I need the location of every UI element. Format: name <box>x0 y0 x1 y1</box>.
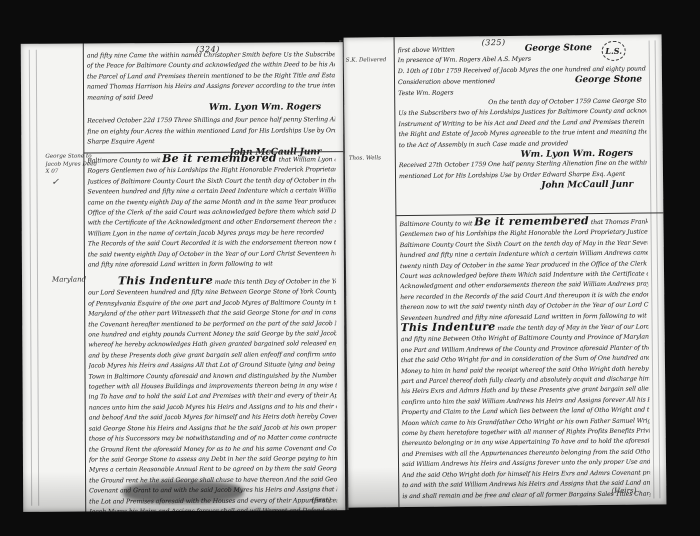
grantor-signature: George Stone <box>525 43 592 54</box>
page-edge-line <box>29 50 32 506</box>
grantor-signature-receipt: George Stone <box>575 75 642 86</box>
margin-note-delivered: S.K. Delivered <box>346 57 387 65</box>
entry-header: Baltimore County to wit <box>87 157 160 164</box>
left-acknowledgment-block: and fifty nine Came the within named Chr… <box>87 50 336 158</box>
margin-note-state: Maryland <box>52 277 86 285</box>
indenture-title: This Indenture <box>401 320 496 334</box>
entry-title: Be it remembered <box>162 153 277 165</box>
right-record-entry: Baltimore County to wit Be it remembered… <box>399 216 648 325</box>
right-page: (325) L.S. S.K. Delivered Thos. Wells fi… <box>344 34 667 507</box>
entry-title: Be it remembered <box>474 216 589 229</box>
page-shadow <box>348 464 666 507</box>
page-edge-line <box>36 50 39 506</box>
margin-note-deed: Thos. Wells <box>349 155 381 163</box>
left-page: (324) George Stone to Jacob Myres Deed X… <box>21 42 345 512</box>
page-shadow <box>23 470 345 512</box>
right-acknowledgment-block: first above WrittenGeorge Stone In prese… <box>398 43 648 193</box>
left-record-entry: Baltimore County to wit Be it remembered… <box>87 153 336 271</box>
indenture-title: This Indenture <box>118 275 213 287</box>
justices-signature: Wm. Lyon Wm. Rogers <box>87 102 335 114</box>
page-edge-line <box>655 40 661 498</box>
check-mark-icon: ✓ <box>51 180 59 188</box>
agent-signature: John McCaull Junr <box>399 180 647 193</box>
entry-header: Baltimore County to wit <box>399 220 472 228</box>
